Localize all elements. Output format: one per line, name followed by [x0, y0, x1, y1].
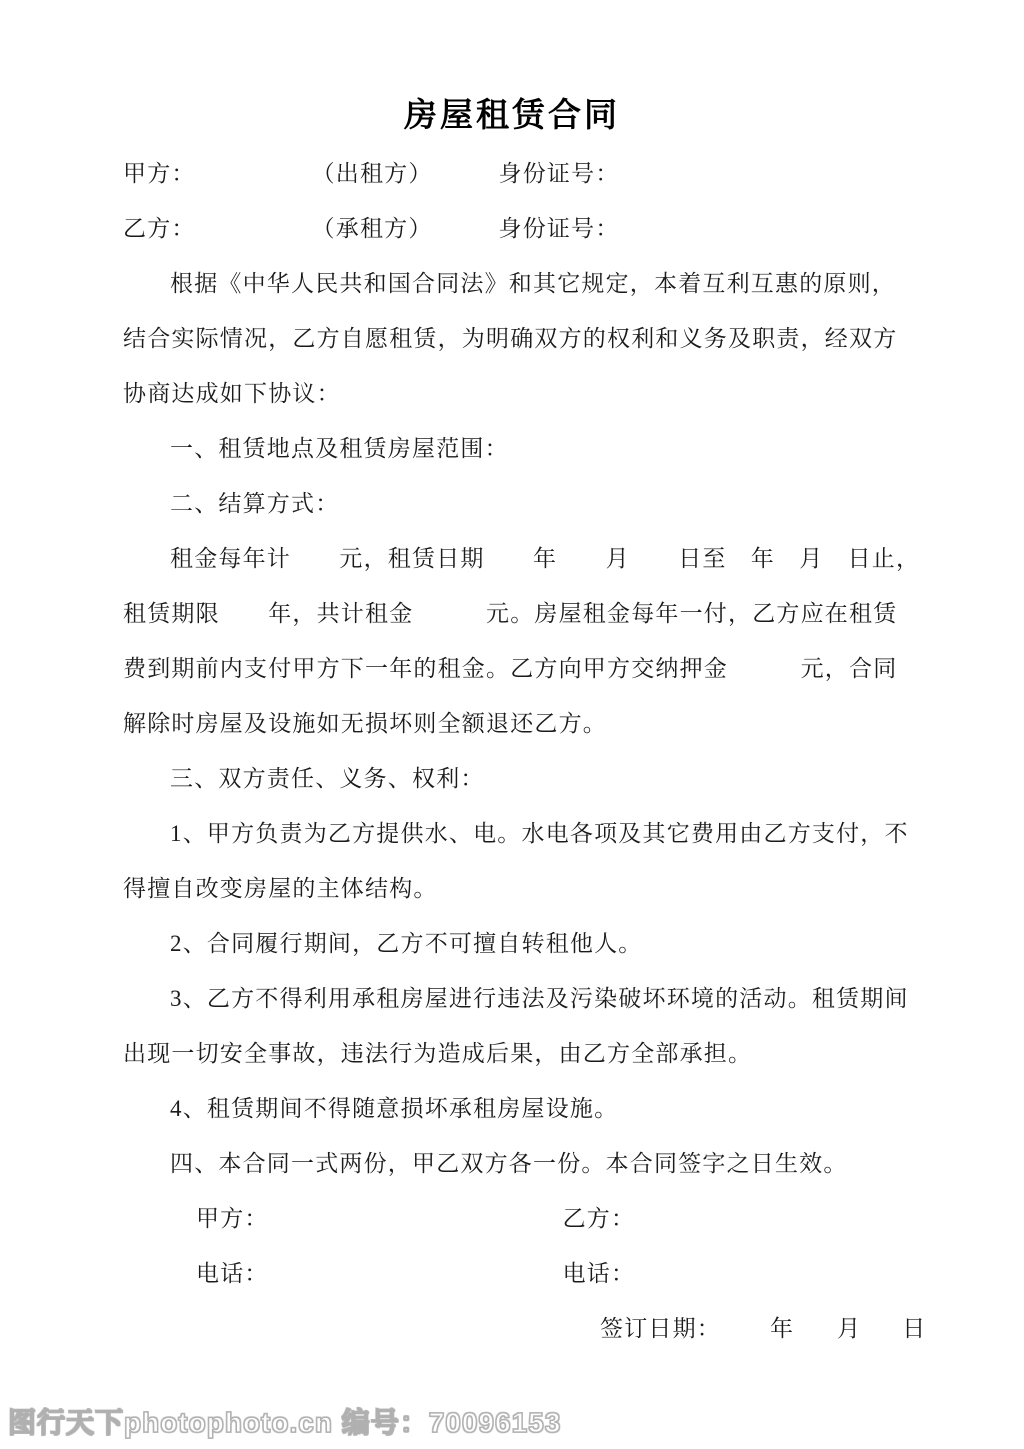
party-a-label: 甲方： [123, 161, 196, 186]
signature-row-date: 签订日期： 年 月 日 [0, 1301, 1024, 1356]
party-b-row: 乙方： （承租方） 身份证号： [0, 201, 1024, 256]
rent-clause-line-4: 解除时房屋及设施如无损坏则全额退还乙方。 [0, 696, 1024, 751]
clause-1-line-2: 得擅自改变房屋的主体结构。 [0, 861, 1024, 916]
preamble-line-1: 根据《中华人民共和国合同法》和其它规定，本着互利互惠的原则， [0, 256, 1024, 311]
clause-1-line-1: 1、甲方负责为乙方提供水、电。水电各项及其它费用由乙方支付，不 [0, 806, 1024, 861]
party-b-label: 乙方： [123, 216, 196, 241]
rent-clause-line-3: 费到期前内支付甲方下一年的租金。乙方向甲方交纳押金 元，合同 [0, 641, 1024, 696]
sign-date-year-label: 年 [770, 1316, 794, 1341]
section-3-heading: 三、双方责任、义务、权利： [0, 751, 1024, 806]
preamble-line-2: 结合实际情况，乙方自愿租赁，为明确双方的权利和义务及职责，经双方 [0, 311, 1024, 366]
phone-a-label: 电话： [196, 1261, 269, 1286]
section-1-heading: 一、租赁地点及租赁房屋范围： [0, 421, 1024, 476]
sign-date-month-label: 月 [837, 1316, 861, 1341]
page-title: 房屋租赁合同 [0, 96, 1024, 136]
party-a-role: （出租方） [312, 161, 433, 186]
clause-3-line-2: 出现一切安全事故，违法行为造成后果，由乙方全部承担。 [0, 1026, 1024, 1081]
section-4-heading: 四、本合同一式两份，甲乙双方各一份。本合同签字之日生效。 [0, 1136, 1024, 1191]
clause-3-line-1: 3、乙方不得利用承租房屋进行违法及污染破坏环境的活动。租赁期间 [0, 971, 1024, 1026]
preamble-line-3: 协商达成如下协议： [0, 366, 1024, 421]
contract-document: 房屋租赁合同 甲方： （出租方） 身份证号： 乙方： （承租方） 身份证号： 根… [0, 0, 1024, 1449]
site-watermark: 图行天下photophoto.cn 编号：70096153 [8, 1401, 561, 1441]
section-2-heading: 二、结算方式： [0, 476, 1024, 531]
party-a-id-label: 身份证号： [499, 161, 620, 186]
signature-row-phones: 电话： 电话： [0, 1246, 1024, 1301]
clause-4: 4、租赁期间不得随意损坏承租房屋设施。 [0, 1081, 1024, 1136]
rent-clause-line-1: 租金每年计 元，租赁日期 年 月 日至 年 月 日止， [0, 531, 1024, 586]
signature-party-b-label: 乙方： [563, 1206, 636, 1231]
party-a-row: 甲方： （出租方） 身份证号： [0, 146, 1024, 201]
phone-b-label: 电话： [563, 1261, 636, 1286]
signature-row-parties: 甲方： 乙方： [0, 1191, 1024, 1246]
rent-clause-line-2: 租赁期限 年，共计租金 元。房屋租金每年一付，乙方应在租赁 [0, 586, 1024, 641]
party-b-role: （承租方） [312, 216, 433, 241]
clause-2: 2、合同履行期间，乙方不可擅自转租他人。 [0, 916, 1024, 971]
contract-body: 房屋租赁合同 甲方： （出租方） 身份证号： 乙方： （承租方） 身份证号： 根… [0, 0, 1024, 1356]
party-b-id-label: 身份证号： [499, 216, 620, 241]
sign-date-label: 签订日期： [600, 1316, 721, 1341]
sign-date-day-label: 日 [902, 1316, 926, 1341]
contract-content: 甲方： （出租方） 身份证号： 乙方： （承租方） 身份证号： 根据《中华人民共… [0, 146, 1024, 1356]
signature-party-a-label: 甲方： [196, 1206, 269, 1231]
